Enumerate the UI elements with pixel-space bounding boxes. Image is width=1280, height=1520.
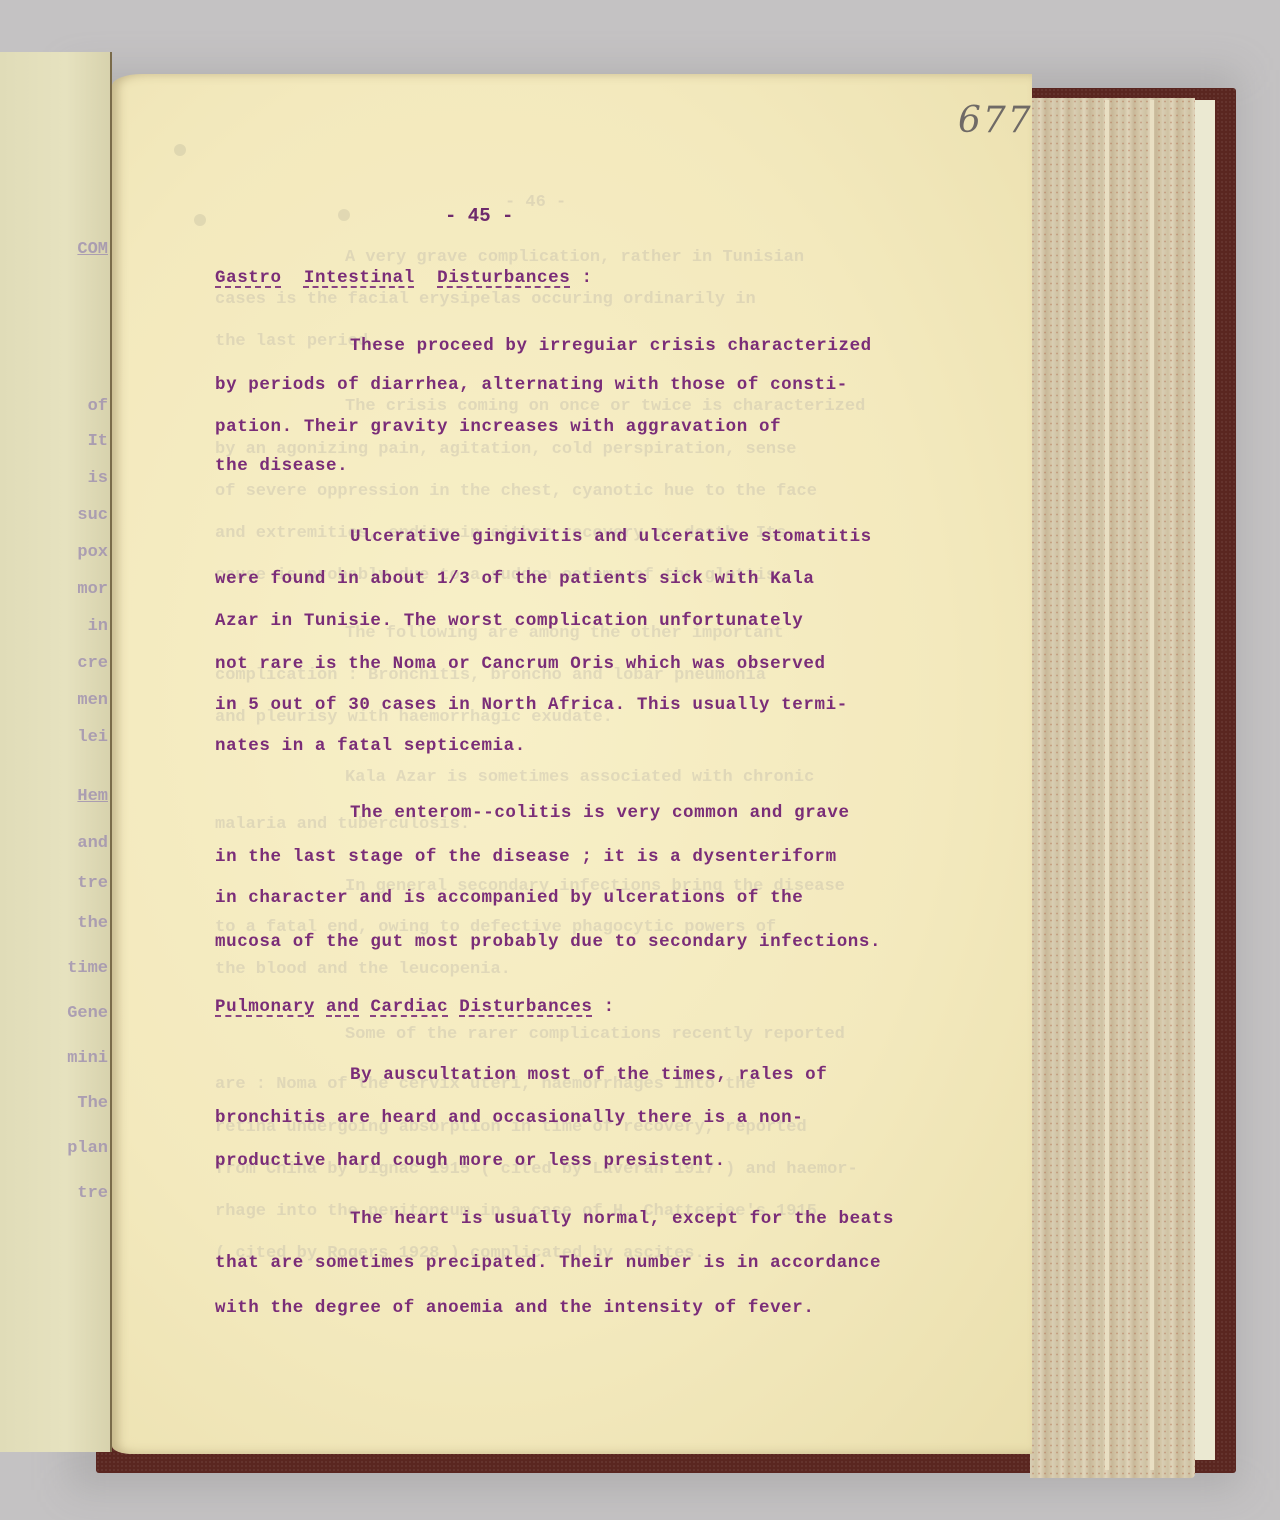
left-page: COM of It is suc pox mor in cre men lei …: [0, 52, 112, 1452]
text-line: The heart is usually normal, except for …: [350, 1209, 894, 1229]
left-page-fragment: The: [0, 1094, 108, 1113]
bleed-through-line: cases is the facial erysipelas occuring …: [215, 290, 756, 309]
text-line: bronchitis are heard and occasionally th…: [215, 1108, 803, 1128]
left-page-fragment: mini: [0, 1049, 108, 1068]
left-page-fragment: the: [0, 914, 108, 933]
text-line: nates in a fatal septicemia.: [215, 736, 526, 756]
bleed-through-line: Some of the rarer complications recently…: [345, 1025, 845, 1044]
page-edge-line: [1150, 100, 1154, 1470]
text-line: not rare is the Noma or Cancrum Oris whi…: [215, 654, 826, 674]
heading-word: and: [326, 997, 359, 1017]
page-number: - 45 -: [445, 205, 513, 227]
text-line: with the degree of anoemia and the inten…: [215, 1298, 815, 1318]
left-page-fragment: Hem: [0, 787, 108, 806]
bleed-through-line: of severe oppression in the chest, cyano…: [215, 482, 817, 501]
left-page-fragment: lei: [0, 728, 108, 747]
left-page-fragment: suc: [0, 506, 108, 525]
bleed-through-line: The crisis coming on once or twice is ch…: [345, 397, 865, 416]
heading-word: Pulmonary: [215, 997, 315, 1017]
section-heading-gastro-intestinal: Gastro Intestinal Disturbances :: [215, 268, 593, 288]
text-line: productive hard cough more or less presi…: [215, 1151, 726, 1171]
left-page-fragment: of: [0, 397, 108, 416]
heading-word: Intestinal: [304, 268, 415, 288]
left-page-fragment: and: [0, 834, 108, 853]
left-page-fragment: tre: [0, 1184, 108, 1203]
left-page-fragment: COM: [0, 240, 108, 259]
heading-word: Disturbances: [437, 268, 570, 288]
left-page-fragment: Gene: [0, 1004, 108, 1023]
foxing-spot: [174, 144, 186, 156]
left-page-fragment: in: [0, 617, 108, 636]
heading-colon: :: [581, 268, 592, 288]
text-line: in character and is accompanied by ulcer…: [215, 888, 803, 908]
left-page-fragment: mor: [0, 580, 108, 599]
bleed-through-line: the blood and the leucopenia.: [215, 960, 511, 979]
bleed-through-line: A very grave complication, rather in Tun…: [345, 248, 804, 267]
heading-word: Disturbances: [459, 997, 592, 1017]
text-line: Ulcerative gingivitis and ulcerative sto…: [350, 527, 872, 547]
text-line: pation. Their gravity increases with agg…: [215, 417, 781, 437]
left-page-fragment: time: [0, 959, 108, 978]
left-page-fragment: cre: [0, 654, 108, 673]
left-page-fragment: men: [0, 691, 108, 710]
text-line: in the last stage of the disease ; it is…: [215, 847, 837, 867]
section-heading-pulmonary-cardiac: Pulmonary and Cardiac Disturbances :: [215, 997, 615, 1017]
text-line: were found in about 1/3 of the patients …: [215, 569, 815, 589]
left-page-fragment: It: [0, 432, 108, 451]
page-stack-fore-edge: [1030, 98, 1195, 1478]
handwritten-folio-number: 677: [958, 100, 1033, 141]
left-page-fragment: tre: [0, 874, 108, 893]
text-line: in 5 out of 30 cases in North Africa. Th…: [215, 695, 848, 715]
text-line: The enterom--colitis is very common and …: [350, 803, 850, 823]
text-line: These proceed by irreguiar crisis charac…: [350, 336, 872, 356]
foxing-spot: [194, 214, 206, 226]
left-page-fragment: pox: [0, 543, 108, 562]
left-page-fragment: plan: [0, 1139, 108, 1158]
text-line: the disease.: [215, 456, 348, 476]
heading-word: Cardiac: [370, 997, 448, 1017]
text-line: that are sometimes precipated. Their num…: [215, 1253, 881, 1273]
text-line: by periods of diarrhea, alternating with…: [215, 375, 848, 395]
foxing-spot: [338, 209, 350, 221]
heading-colon: :: [604, 997, 615, 1017]
text-line: Azar in Tunisie. The worst complication …: [215, 611, 803, 631]
page-edge-line: [1105, 100, 1109, 1470]
text-line: mucosa of the gut most probably due to s…: [215, 932, 881, 952]
bleed-through-line: Kala Azar is sometimes associated with c…: [345, 768, 814, 787]
bleed-through-line: - 46 -: [505, 193, 566, 212]
heading-word: Gastro: [215, 268, 282, 288]
left-page-fragment: is: [0, 469, 108, 488]
text-line: By auscultation most of the times, rales…: [350, 1065, 827, 1085]
